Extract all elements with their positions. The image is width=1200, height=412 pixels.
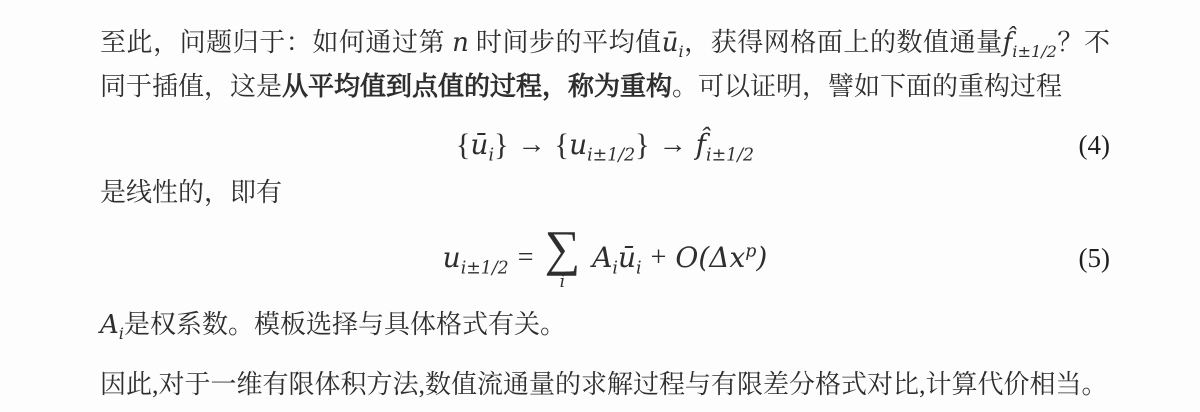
equation-4: {ūi}→{ui±1/2}→f̂i±1/2	[456, 127, 754, 163]
math-base: f̂	[696, 128, 706, 161]
equation-5-row: ui±1/2=∑iAiūi+O(Δxp) (5)	[100, 215, 1110, 301]
math-base: A	[592, 241, 612, 274]
math-u-half: ui±1/2	[569, 128, 635, 163]
math-ubar-i: ūi	[618, 241, 642, 276]
right-brace: }	[494, 127, 509, 163]
equation-4-row: {ūi}→{ui±1/2}→f̂i±1/2 (4)	[100, 119, 1110, 171]
math-weight-coeff: Ai	[592, 241, 618, 276]
math-base: A	[100, 310, 119, 340]
right-brace: }	[635, 127, 650, 163]
text-run: ，获得网格面上的数值通量	[684, 28, 1003, 57]
arrow-right: →	[518, 128, 546, 162]
math-weight-coeff: Ai	[100, 310, 124, 339]
paragraph-intro: 至此，问题归于：如何通过第 n 时间步的平均值ūi，获得网格面上的数值通量f̂i…	[100, 21, 1110, 109]
emphasis-reconstruction: 从平均值到点值的过程，称为重构	[282, 72, 672, 101]
math-base: u	[443, 241, 461, 274]
equals-sign: =	[518, 241, 534, 275]
math-subscript: i±1/2	[587, 145, 635, 165]
math-base: ū	[618, 241, 636, 274]
math-subscript: i±1/2	[706, 145, 754, 165]
text-run: 是权系数。模板选择与具体格式有关。	[124, 310, 566, 339]
text-run: 。可以证明，譬如下面的重构过程	[672, 72, 1062, 101]
math-base: f̂	[1003, 28, 1013, 58]
summation-index: i	[560, 274, 565, 291]
math-superscript: p	[745, 241, 756, 261]
left-brace: {	[555, 127, 570, 163]
equation-4-number: (4)	[1079, 123, 1110, 167]
math-ubar-i: ūi	[470, 128, 494, 163]
paragraph-weights: Ai是权系数。模板选择与具体格式有关。	[100, 303, 1110, 347]
math-u-half: ui±1/2	[443, 241, 509, 276]
equation-5: ui±1/2=∑iAiūi+O(Δxp)	[443, 225, 768, 291]
plus-sign: +	[651, 241, 667, 275]
math-subscript: i	[636, 258, 642, 278]
math-var-n: n	[452, 28, 469, 58]
math-subscript: i±1/2	[461, 258, 509, 278]
math-fhat-flux: f̂i±1/2	[1003, 28, 1057, 57]
summation: ∑i	[545, 225, 581, 291]
math-base: ū	[662, 28, 679, 58]
paragraph-linear: 是线性的，即有	[100, 171, 1110, 215]
paragraph-conclusion: 因此,对于一维有限体积方法,数值流通量的求解过程与有限差分格式对比,计算代价相当…	[100, 363, 1110, 407]
math-subscript: i±1/2	[1012, 42, 1057, 61]
equation-5-number: (5)	[1079, 236, 1110, 280]
math-fhat-half: f̂i±1/2	[696, 128, 754, 163]
sigma-symbol: ∑	[545, 225, 581, 271]
document-page: 至此，问题归于：如何通过第 n 时间步的平均值ūi，获得网格面上的数值通量f̂i…	[0, 0, 1200, 412]
math-base: O(Δx	[675, 241, 745, 274]
text-run: 至此，问题归于：如何通过第	[100, 28, 452, 57]
left-brace: {	[456, 127, 471, 163]
math-base: ū	[470, 128, 488, 161]
math-order-term: O(Δxp)	[675, 241, 767, 276]
math-base: u	[569, 128, 587, 161]
math-close-paren: )	[756, 241, 767, 274]
math-ubar-i: ūi	[662, 28, 684, 57]
text-run: 时间步的平均值	[469, 28, 662, 57]
arrow-right: →	[659, 128, 687, 162]
